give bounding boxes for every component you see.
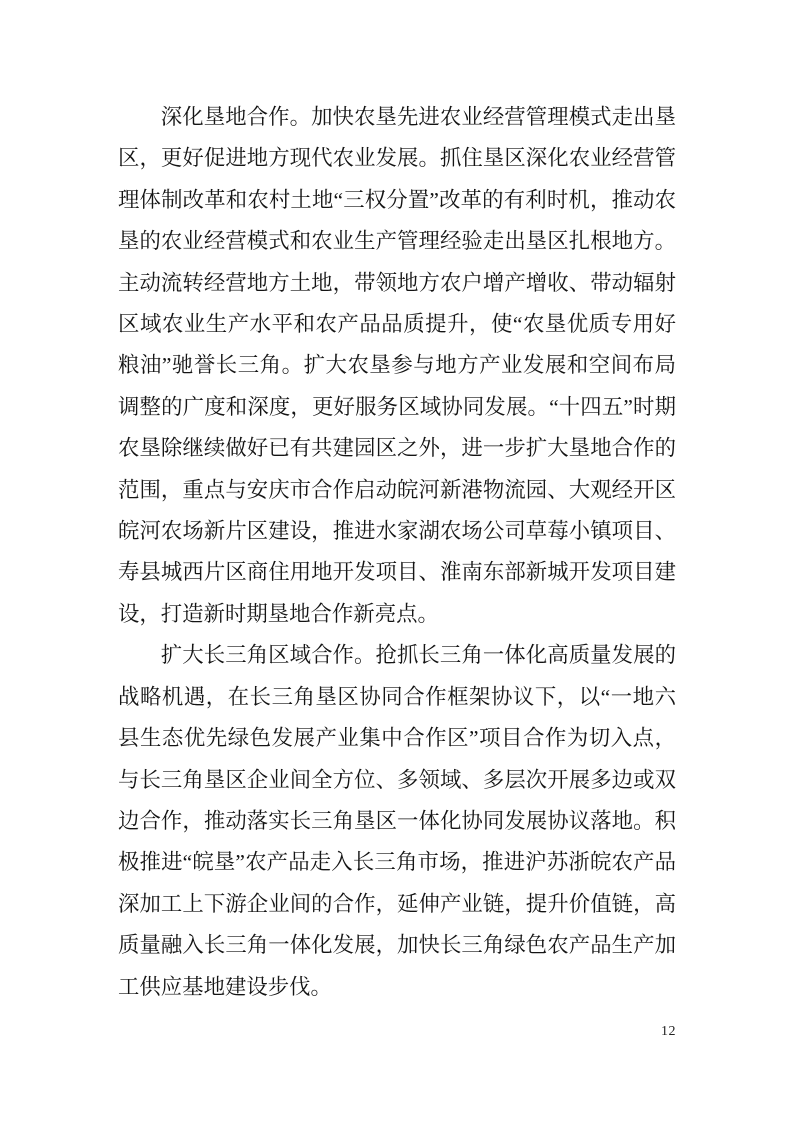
paragraph-kendi-cooperation: 深化垦地合作。加快农垦先进农业经营管理模式走出垦区，更好促进地方现代农业发展。抓…: [118, 97, 676, 635]
document-page: 深化垦地合作。加快农垦先进农业经营管理模式走出垦区，更好促进地方现代农业发展。抓…: [0, 0, 794, 1122]
page-number: 12: [661, 1024, 676, 1039]
paragraph-yangtze-delta-cooperation: 扩大长三角区域合作。抢抓长三角一体化高质量发展的战略机遇，在长三角垦区协同合作框…: [118, 635, 676, 1008]
page-footer: 12: [118, 1022, 676, 1041]
document-body: 深化垦地合作。加快农垦先进农业经营管理模式走出垦区，更好促进地方现代农业发展。抓…: [118, 97, 676, 1008]
